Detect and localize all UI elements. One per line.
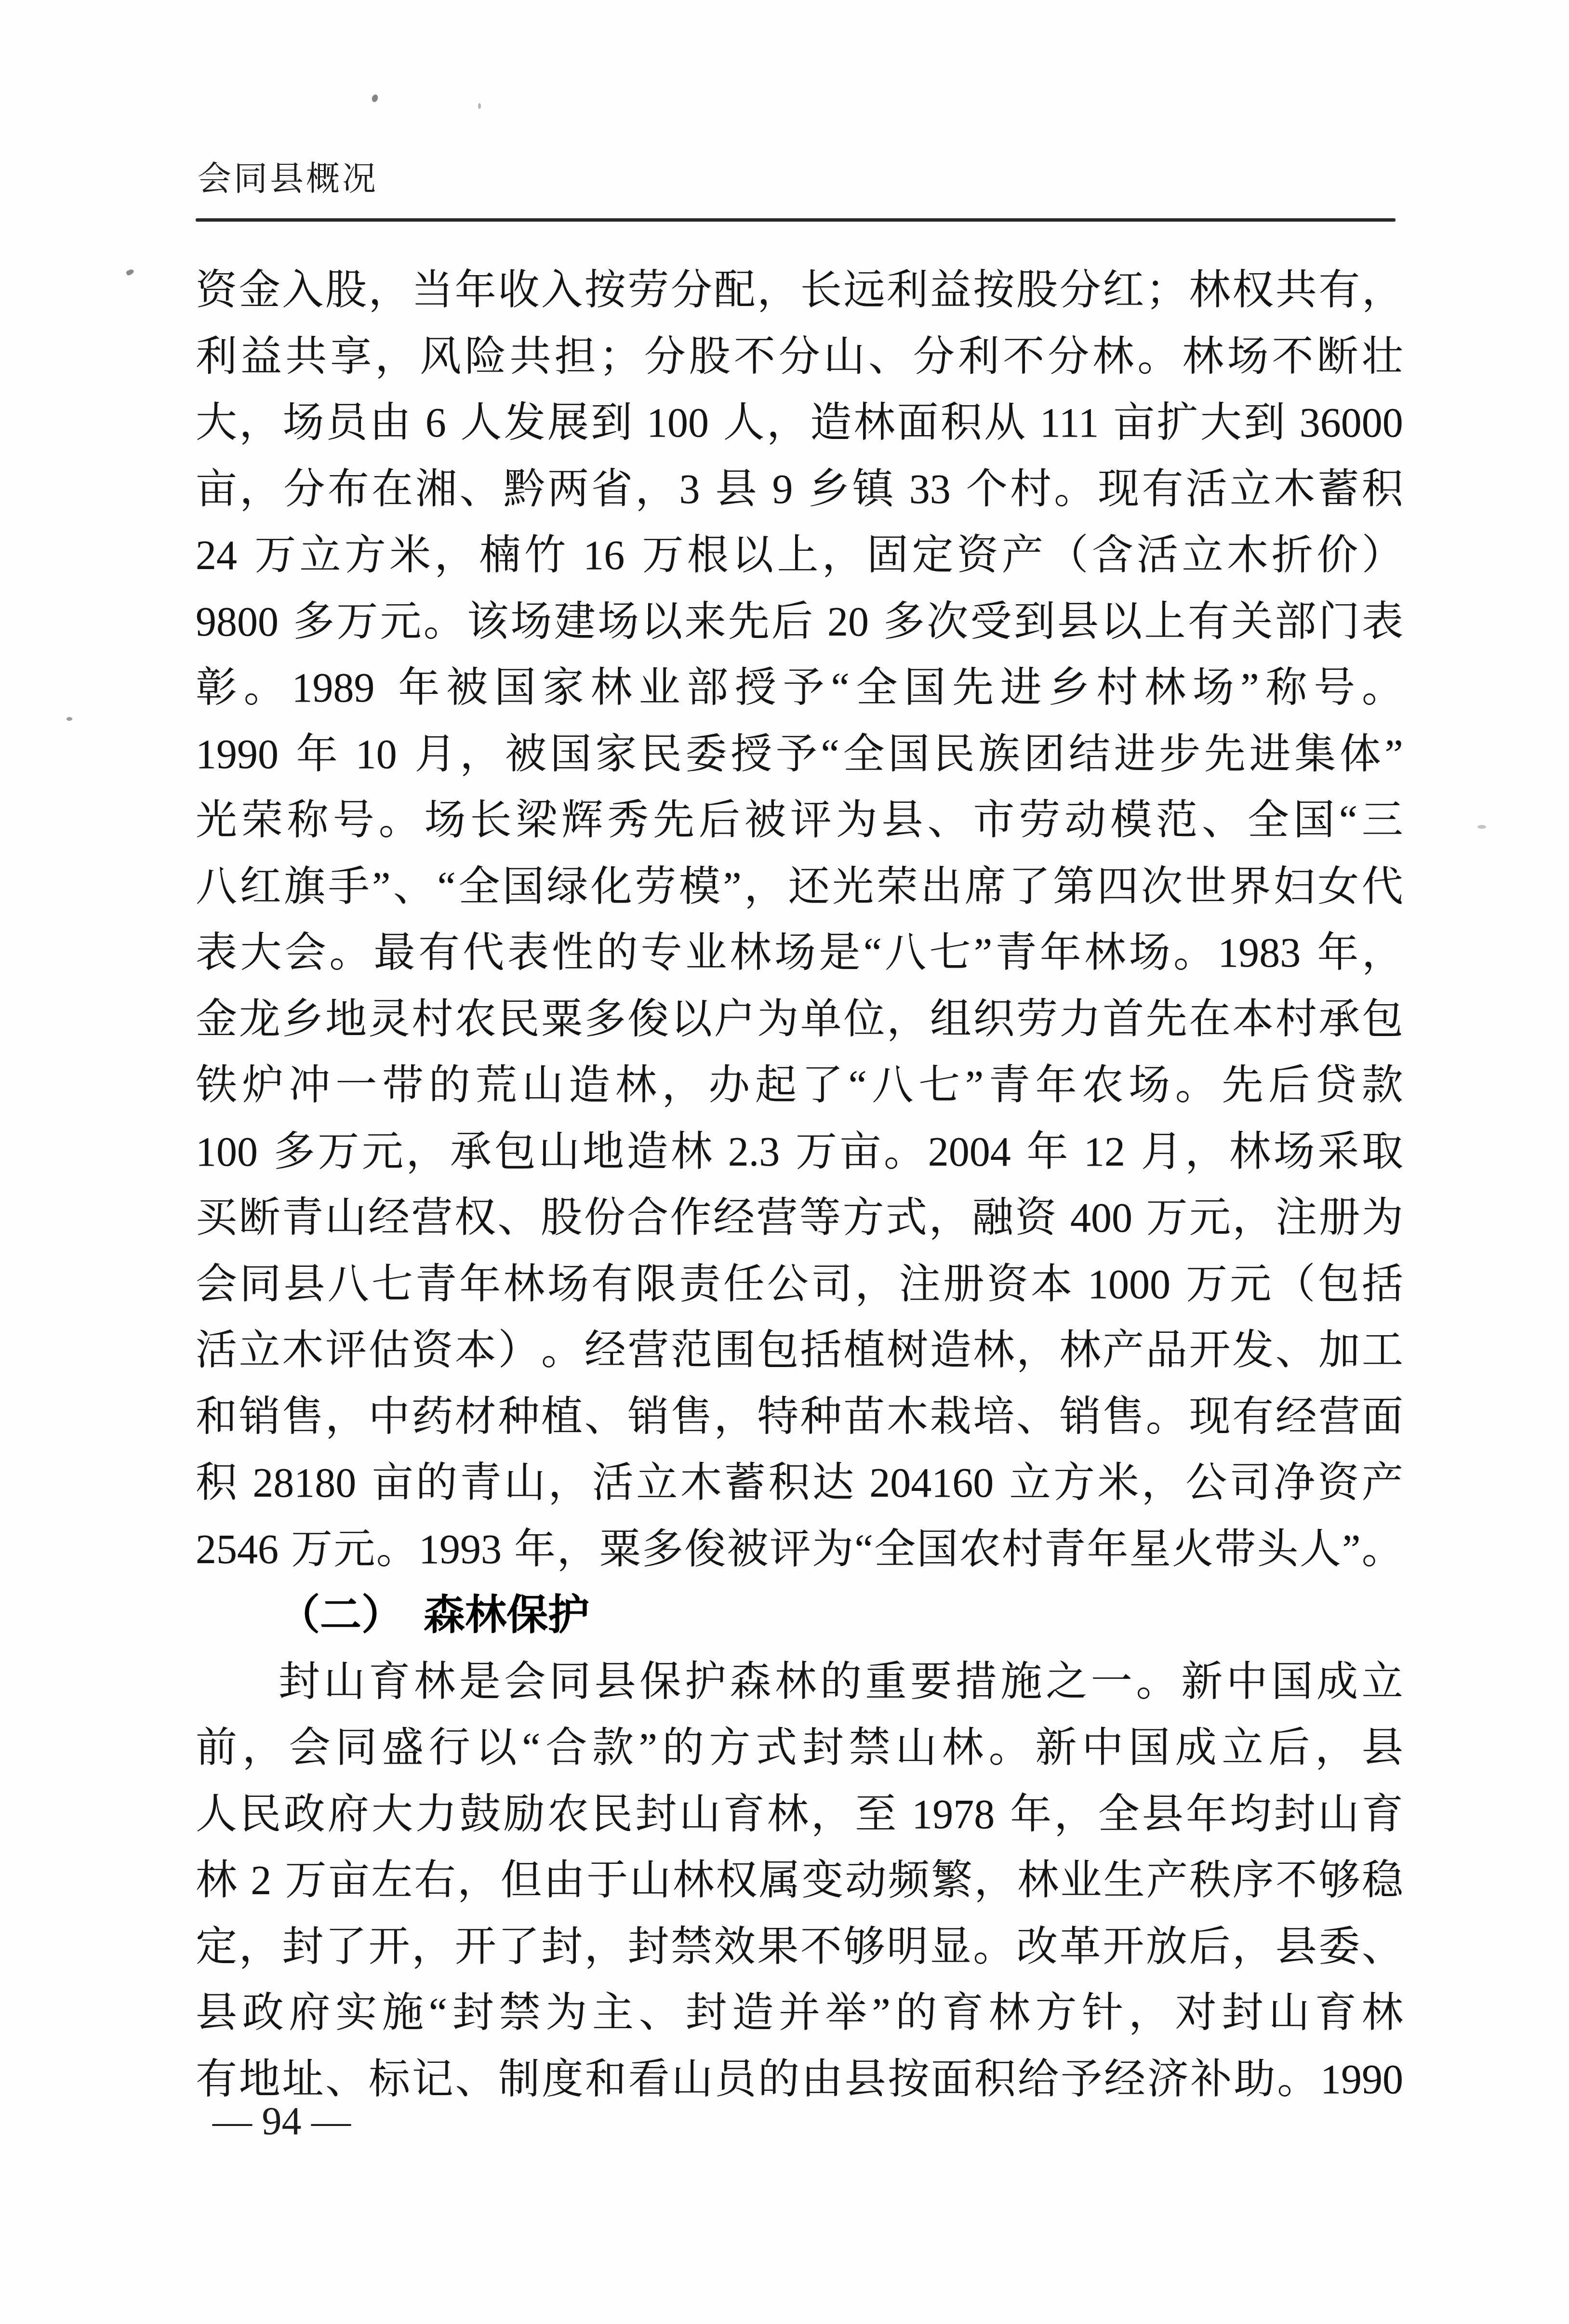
text-line: 活立木评估资本）。经营范围包括植树造林，林产品开发、加工 — [196, 1317, 1403, 1384]
scan-speck — [66, 717, 72, 721]
text-line: 2546 万元。1993 年，粟多俊被评为“全国农村青年星火带头人”。 — [196, 1516, 1403, 1583]
running-header-title: 会同县概况 — [198, 163, 378, 197]
text-line: 9800 多万元。该场建场以来先后 20 多次受到县以上有关部门表 — [196, 589, 1403, 655]
page-body: 资金入股，当年收入按劳分配，长远利益按股分红；林权共有，利益共享，风险共担；分股… — [196, 257, 1403, 2112]
text-line: 买断青山经营权、股份合作经营等方式，融资 400 万元，注册为 — [196, 1185, 1403, 1251]
text-line: 亩，分布在湘、黔两省，3 县 9 乡镇 33 个村。现有活立木蓄积 — [196, 456, 1403, 523]
paragraph-2: 封山育林是会同县保护森林的重要措施之一。新中国成立前，会同盛行以“合款”的方式封… — [196, 1649, 1403, 2113]
text-line: 积 28180 亩的青山，活立木蓄积达 204160 立方米，公司净资产 — [196, 1450, 1403, 1516]
text-line: 金龙乡地灵村农民粟多俊以户为单位，组织劳力首先在本村承包 — [196, 986, 1403, 1053]
text-line: 24 万立方米，楠竹 16 万根以上，固定资产（含活立木折价） — [196, 522, 1403, 589]
section-heading: （二） 森林保护 — [196, 1582, 1403, 1649]
page-number: — 94 — — [213, 2097, 351, 2145]
text-line: 彰。1989 年被国家林业部授予“全国先进乡村林场”称号。 — [196, 655, 1403, 721]
text-line: 1990 年 10 月，被国家民委授予“全国民族团结进步先进集体” — [196, 721, 1403, 788]
text-line: 利益共享，风险共担；分股不分山、分利不分林。林场不断壮 — [196, 324, 1403, 390]
header-divider-rule — [196, 218, 1396, 222]
text-line: 和销售，中药材种植、销售，特种苗木栽培、销售。现有经营面 — [196, 1384, 1403, 1450]
text-line: 八红旗手”、“全国绿化劳模”，还光荣出席了第四次世界妇女代 — [196, 854, 1403, 920]
text-line: 会同县八七青年林场有限责任公司，注册资本 1000 万元（包括 — [196, 1251, 1403, 1318]
text-line: 人民政府大力鼓励农民封山育林，至 1978 年，全县年均封山育 — [196, 1781, 1403, 1848]
scan-speck — [1477, 825, 1486, 829]
text-line: 表大会。最有代表性的专业林场是“八七”青年林场。1983 年， — [196, 920, 1403, 986]
text-line: 100 多万元，承包山地造林 2.3 万亩。2004 年 12 月，林场采取 — [196, 1119, 1403, 1185]
text-line: 前，会同盛行以“合款”的方式封禁山林。新中国成立后，县 — [196, 1715, 1403, 1781]
text-line: 县政府实施“封禁为主、封造并举”的育林方针，对封山育林 — [196, 1980, 1403, 2046]
text-line: 大，场员由 6 人发展到 100 人，造林面积从 111 亩扩大到 36000 — [196, 390, 1403, 456]
scan-speck — [371, 93, 379, 103]
book-page: 会同县概况 资金入股，当年收入按劳分配，长远利益按股分红；林权共有，利益共享，风… — [0, 0, 1569, 2324]
text-line: 有地址、标记、制度和看山员的由县按面积给予经济补助。1990 — [196, 2046, 1403, 2113]
text-line: 铁炉冲一带的荒山造林，办起了“八七”青年农场。先后贷款 — [196, 1052, 1403, 1119]
text-line: 定，封了开，开了封，封禁效果不够明显。改革开放后，县委、 — [196, 1914, 1403, 1980]
text-line: 资金入股，当年收入按劳分配，长远利益按股分红；林权共有， — [196, 257, 1403, 324]
scan-speck — [478, 103, 481, 109]
text-line: 封山育林是会同县保护森林的重要措施之一。新中国成立 — [196, 1649, 1403, 1715]
scan-speck — [126, 268, 135, 276]
text-line: 光荣称号。场长梁辉秀先后被评为县、市劳动模范、全国“三 — [196, 787, 1403, 854]
text-line: 林 2 万亩左右，但由于山林权属变动频繁，林业生产秩序不够稳 — [196, 1847, 1403, 1914]
paragraph-1: 资金入股，当年收入按劳分配，长远利益按股分红；林权共有，利益共享，风险共担；分股… — [196, 257, 1403, 1582]
